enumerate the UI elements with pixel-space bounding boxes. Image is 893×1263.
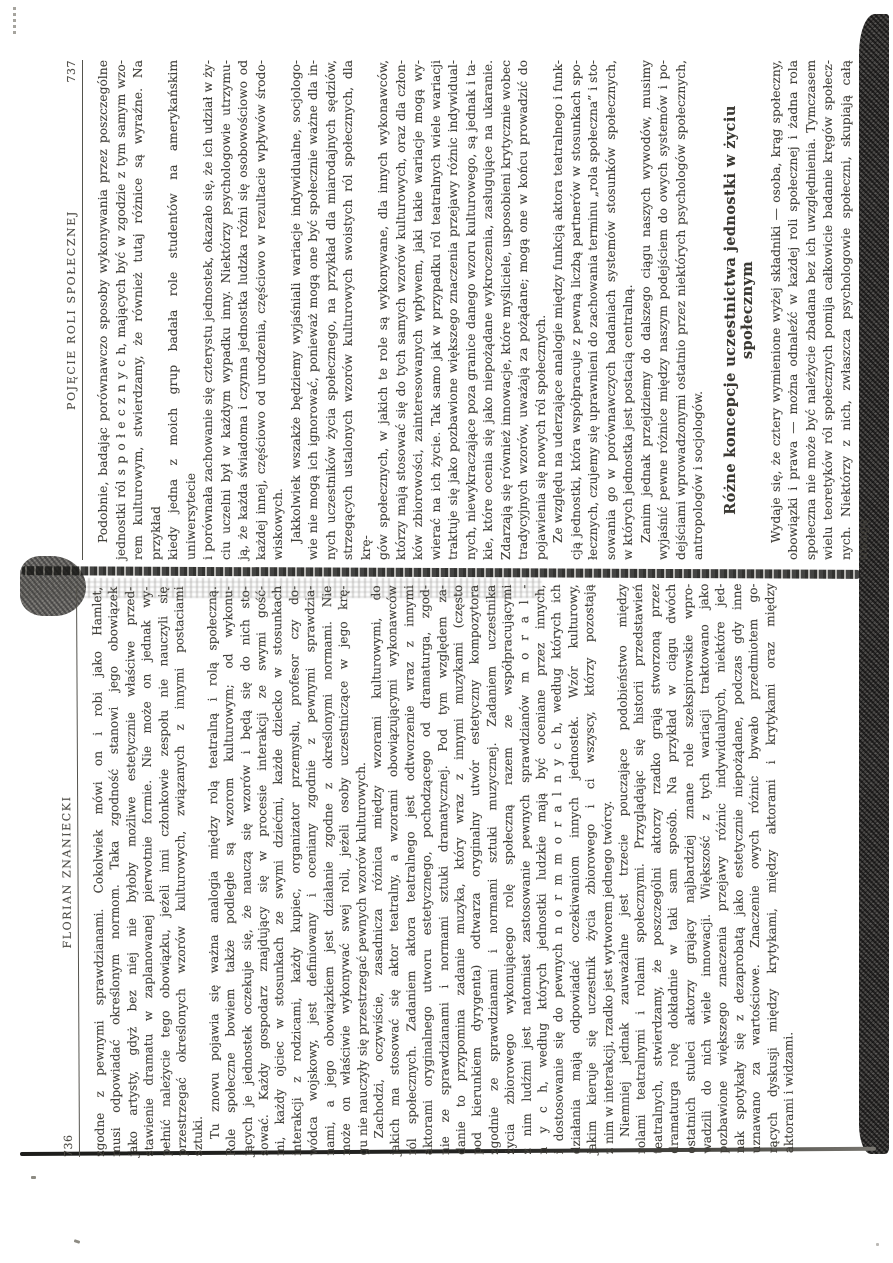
text-line: Zdarzają się również innowacje, które my… bbox=[498, 60, 516, 560]
text-line: cją jednostki, która współpracuje z pewn… bbox=[568, 60, 586, 560]
scan-artifact-speck bbox=[31, 1176, 36, 1179]
text-line: wyjaśnić pewne różnice między naszym pod… bbox=[655, 60, 673, 560]
running-head: 736 FLORIAN ZNANIECKI bbox=[59, 587, 80, 1157]
page-body-text: zgodne z pewnymi sprawdzianami. Cokolwie… bbox=[89, 583, 797, 1157]
page-737: POJĘCIE ROLI SPOŁECZNEJ 737 Podobnie, ba… bbox=[65, 60, 810, 560]
text-line: gów społecznych, w jakich te role są wyk… bbox=[375, 60, 393, 560]
scan-artifact-speck bbox=[876, 1243, 879, 1246]
text-line: Zanim jednak przejdziemy do dalszego cią… bbox=[638, 60, 656, 560]
text-line: rących dyskusji między krytykami, między… bbox=[762, 583, 781, 1153]
text-line: wiskowych. bbox=[270, 60, 288, 560]
text-line: Wydaje się, że cztery wymienione wyżej s… bbox=[768, 60, 786, 560]
text-line: jednostki ról s p o ł e c z n y c h, maj… bbox=[113, 60, 131, 560]
scan-artifact-gutter-line bbox=[22, 566, 860, 579]
text-line: wie nie mogą ich ignorować, ponieważ mog… bbox=[305, 60, 323, 560]
text-line: rem kulturowym, stwierdzamy, że również … bbox=[130, 60, 165, 560]
running-head-title: POJĘCIE ROLI SPOŁECZNEJ bbox=[65, 104, 78, 516]
text-line: i porównała zachowanie się czterystu jed… bbox=[200, 60, 218, 560]
text-line: traktuje się jako pozbawione większego z… bbox=[445, 60, 463, 560]
text-line: wielu teoretyków ról społecznych pomija … bbox=[820, 60, 838, 560]
text-line: każdej innej, częściowo od urodzenia, cz… bbox=[253, 60, 271, 560]
text-line: Jakkolwiek wszakże będziemy wyjaśniali w… bbox=[288, 60, 306, 560]
text-line: nych, niewykraczające poza granice daneg… bbox=[463, 60, 481, 560]
text-line: pojawienia się nowych ról społecznych. bbox=[533, 60, 551, 560]
scanned-book-spread: POJĘCIE ROLI SPOŁECZNEJ 737 Podobnie, ba… bbox=[0, 0, 893, 1263]
text-line: kie, które ocenia się jako niepożądane w… bbox=[480, 60, 498, 560]
text-line: Ze względu na uderzające analogie między… bbox=[550, 60, 568, 560]
page-body-text: Podobnie, badając porównawczo sposoby wy… bbox=[95, 60, 873, 560]
scan-artifact-speck bbox=[74, 1239, 81, 1244]
text-line: ją, że każda świadoma i czynna jednostka… bbox=[235, 60, 253, 560]
text-line: nych. Niektórzy z nich, zwłaszcza psycho… bbox=[838, 60, 873, 560]
text-line: w których jednostka jest postacią centra… bbox=[620, 60, 638, 560]
text-line: obowiązki i prawa — można odnaleźć w każ… bbox=[785, 60, 803, 560]
page-736: 736 FLORIAN ZNANIECKI zgodne z pewnymi s… bbox=[59, 583, 810, 1157]
text-line: sowania go w porównawczych badaniach sys… bbox=[603, 60, 621, 560]
text-line: społeczna nie może być należycie zbadana… bbox=[803, 60, 821, 560]
text-line: którzy mają stosować się do tych samych … bbox=[393, 60, 411, 560]
text-line: jakim kieruje się uczestnik życia zbioro… bbox=[581, 584, 600, 1154]
page-number: 737 bbox=[65, 60, 78, 104]
text-line: wierać na ich życie. Tak samo jak w przy… bbox=[428, 60, 446, 560]
text-line: ków zbiorowości, zainteresowanych wpływe… bbox=[410, 60, 428, 560]
page-number: 736 bbox=[62, 1113, 75, 1157]
text-line: strzegących ustalonych wzorów kulturowyc… bbox=[340, 60, 375, 560]
text-line: kiedy jedna z moich grup badała role stu… bbox=[165, 60, 200, 560]
text-line: może on właściwie wykonywać swej roli, j… bbox=[335, 585, 354, 1155]
text-line: Podobnie, badając porównawczo sposoby wy… bbox=[95, 60, 113, 560]
text-line: dejściami wprowadzonymi ostatnio przez n… bbox=[673, 60, 691, 560]
running-head-title: FLORIAN ZNANIECKI bbox=[59, 631, 75, 1113]
text-line: ciu uczelni był w każdym wypadku inny. N… bbox=[218, 60, 236, 560]
section-heading: Różne koncepcje uczestnictwa jednostki w… bbox=[722, 60, 757, 560]
text-line: aktorami i widzami. bbox=[778, 583, 797, 1153]
running-head: POJĘCIE ROLI SPOŁECZNEJ 737 bbox=[65, 60, 83, 560]
scan-artifact-dash-mark bbox=[13, 7, 16, 34]
text-line: tradycyjnych wzorów, uważają za pożądane… bbox=[515, 60, 533, 560]
text-line: łecznych, czujemy się uprawnieni do zach… bbox=[585, 60, 603, 560]
text-line: nych uczestników życia społecznego, na p… bbox=[323, 60, 341, 560]
text-line: antropologów i socjologów. bbox=[690, 60, 708, 560]
